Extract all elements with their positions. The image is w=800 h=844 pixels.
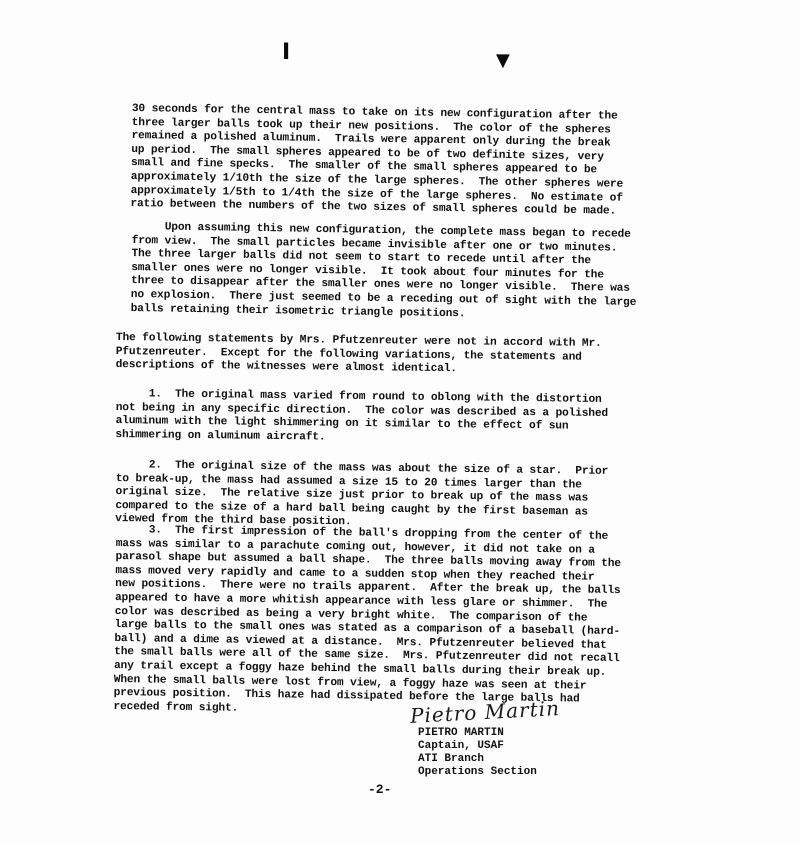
paragraph-recede: Upon assuming this new configuration, th…: [131, 221, 632, 324]
document-page: I ▼ 30 seconds for the central mass to t…: [0, 0, 800, 844]
page-number: -2-: [368, 782, 391, 797]
signature-block: PIETRO MARTINCaptain, USAFATI BranchOper…: [418, 727, 537, 779]
signer-branch: ATI Branch: [418, 753, 537, 766]
punch-mark-left: I: [282, 40, 290, 65]
paragraph-configuration: 30 seconds for the central mass to take …: [130, 103, 632, 220]
signer-section: Operations Section: [418, 766, 537, 779]
numbered-item-1: 1. The original mass varied from round t…: [115, 388, 616, 448]
signer-name: PIETRO MARTIN: [418, 727, 537, 740]
numbered-item-2: 2. The original size of the mass was abo…: [115, 459, 616, 534]
paragraph-mrs-statements: The following statements by Mrs. Pfutzen…: [116, 332, 616, 379]
numbered-item-3: 3. The first impression of the ball's dr…: [113, 524, 616, 721]
signer-rank: Captain, USAF: [418, 740, 537, 753]
punch-mark-right: ▼: [496, 50, 510, 71]
